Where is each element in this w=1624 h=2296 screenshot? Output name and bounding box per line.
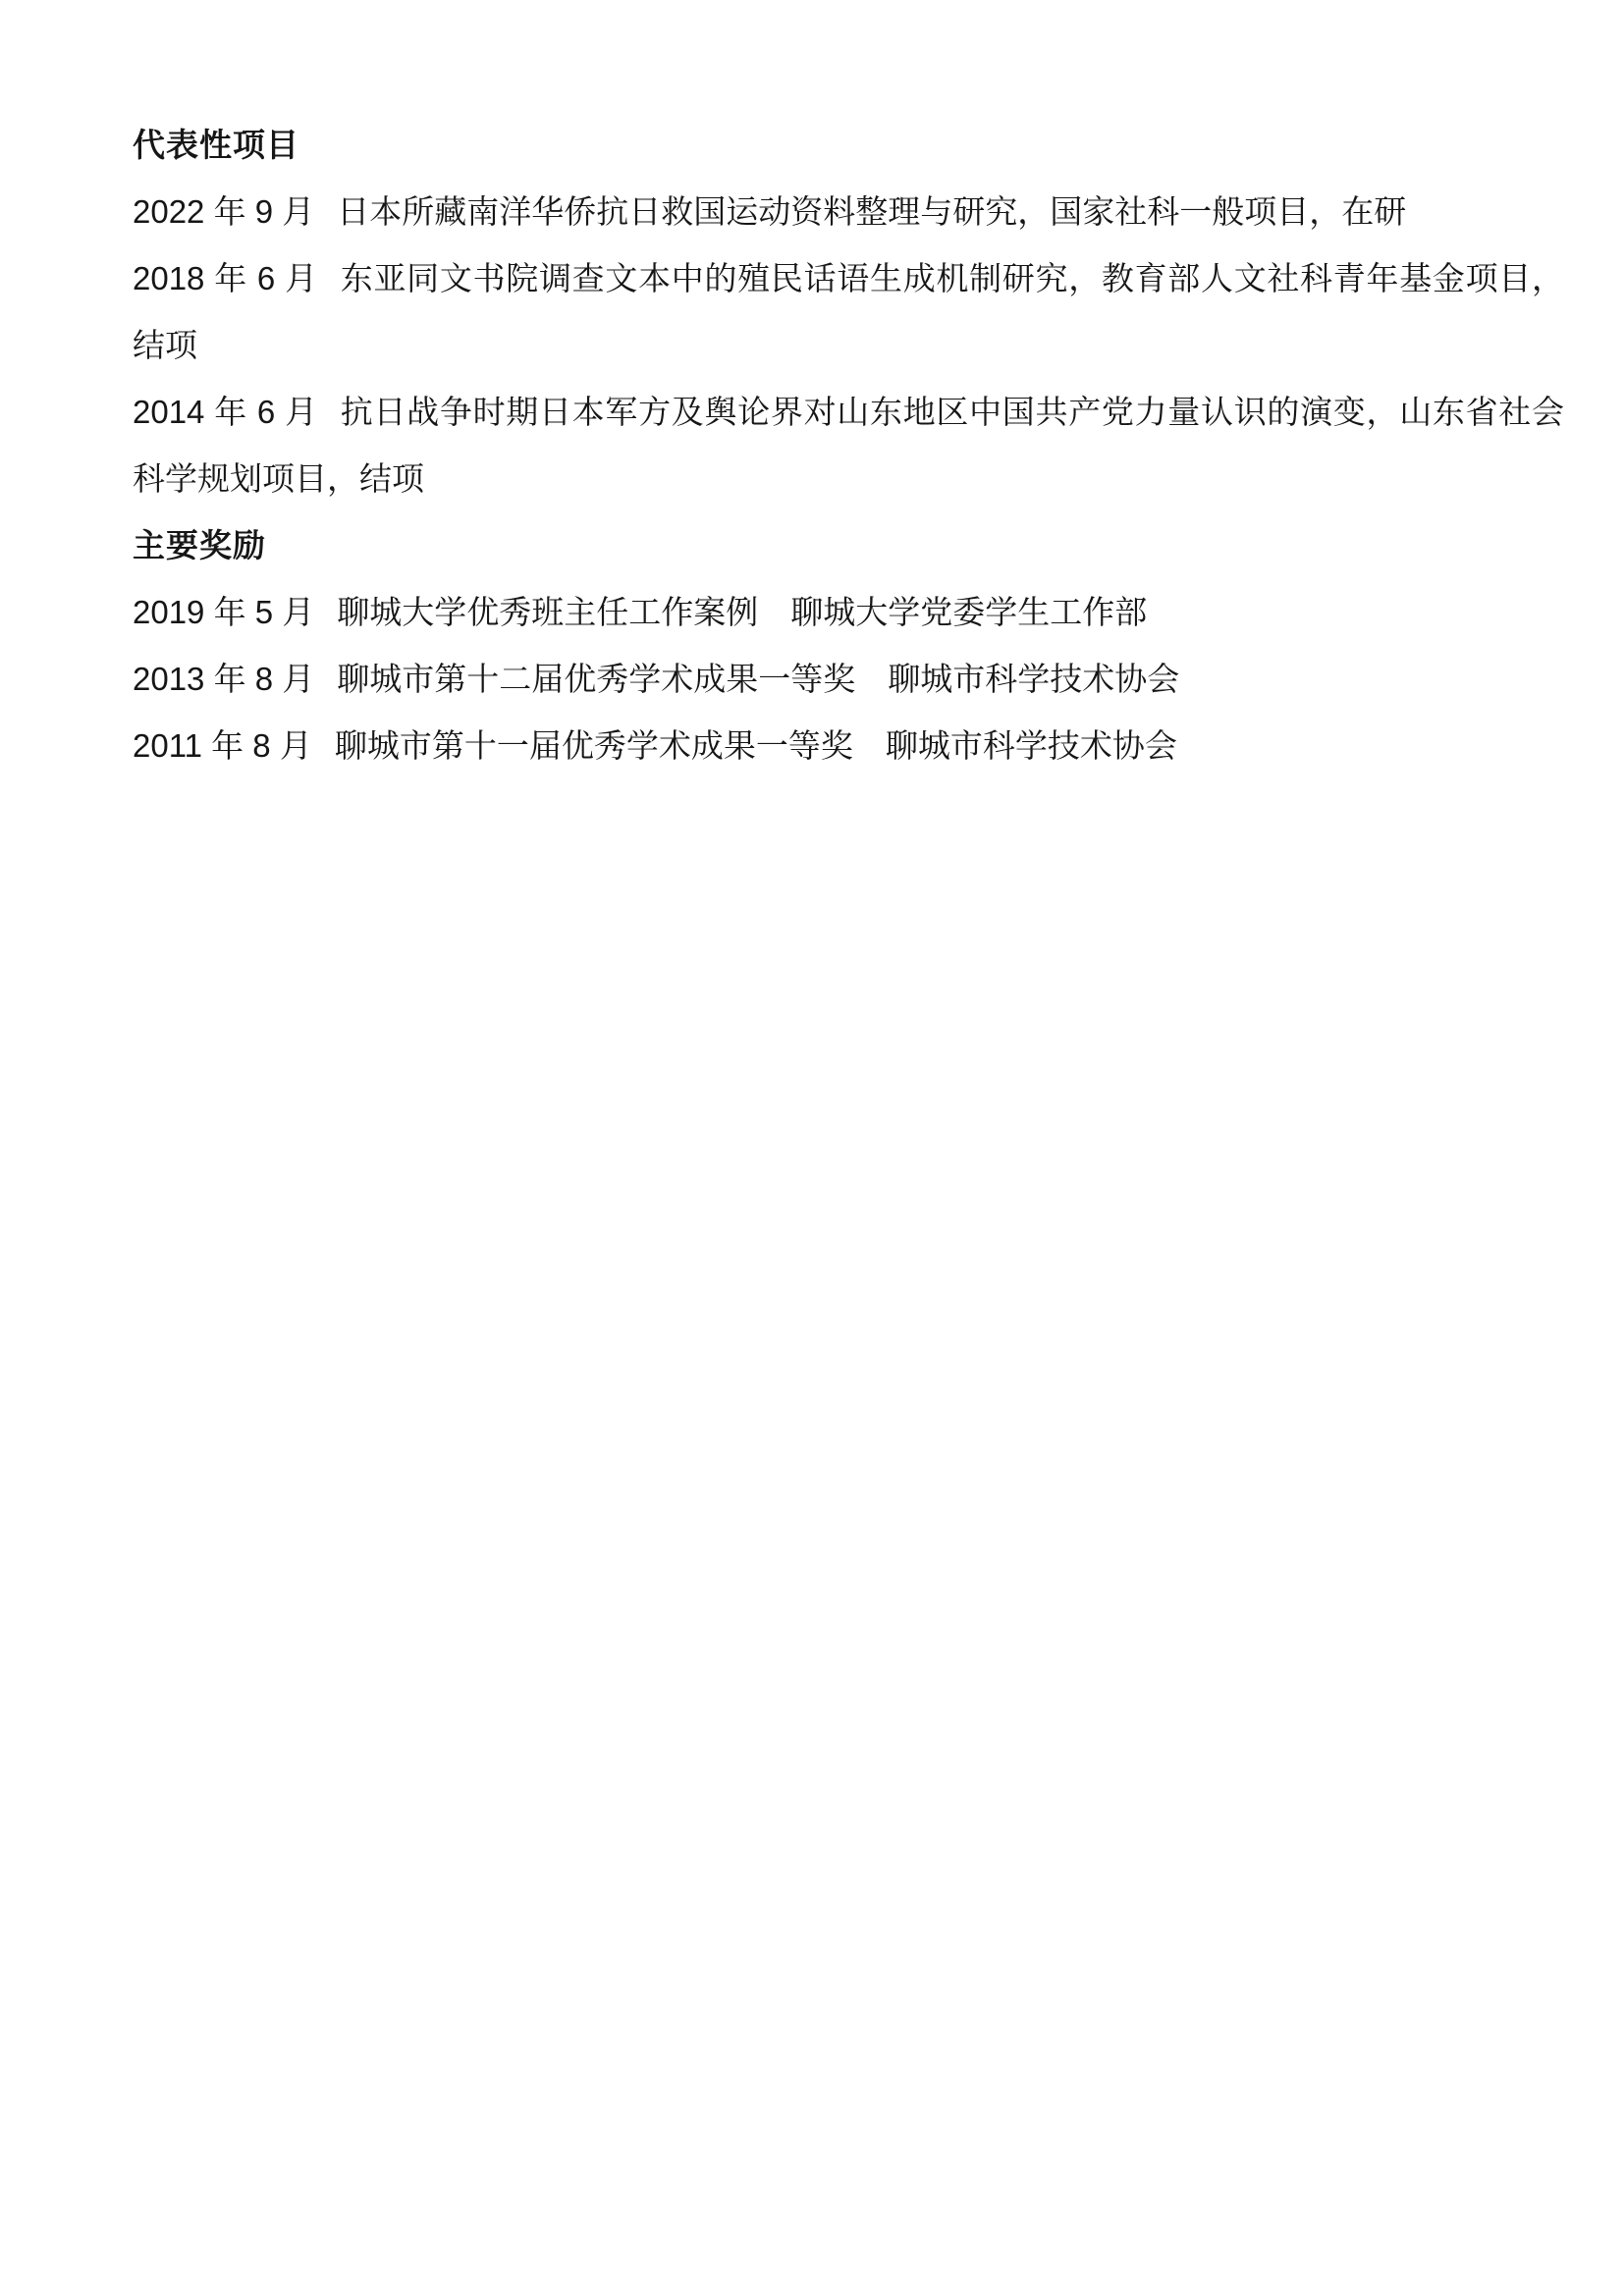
- award-entry-2013: 2013 年 8 月聊城市第十二届优秀学术成果一等奖 聊城市科学技术协会: [133, 646, 1564, 713]
- entry-date: 2011 年 8 月: [133, 727, 312, 764]
- entry-text: 东亚同文书院调查文本中的殖民话语生成机制研究，教育部人文社科青年基金项目，结项: [133, 260, 1564, 363]
- entry-date: 2013 年 8 月: [133, 661, 314, 697]
- entry-text: 聊城市第十二届优秀学术成果一等奖 聊城市科学技术协会: [337, 661, 1179, 697]
- entry-date: 2022 年 9 月: [133, 193, 314, 230]
- project-entry-2018: 2018 年 6 月东亚同文书院调查文本中的殖民话语生成机制研究，教育部人文社科…: [133, 245, 1564, 379]
- project-entry-2022: 2022 年 9 月日本所藏南洋华侨抗日救国运动资料整理与研究，国家社科一般项目…: [133, 179, 1564, 245]
- entry-text: 日本所藏南洋华侨抗日救国运动资料整理与研究，国家社科一般项目，在研: [337, 193, 1406, 230]
- section-major-awards: 主要奖励 2019 年 5 月聊城大学优秀班主任工作案例 聊城大学党委学生工作部…: [133, 512, 1564, 779]
- entry-text: 聊城大学优秀班主任工作案例 聊城大学党委学生工作部: [337, 594, 1147, 630]
- entry-date: 2014 年 6 月: [133, 394, 318, 430]
- award-entry-2011: 2011 年 8 月聊城市第十一届优秀学术成果一等奖 聊城市科学技术协会: [133, 713, 1564, 779]
- section-heading-projects: 代表性项目: [133, 112, 1564, 179]
- document-page: 代表性项目 2022 年 9 月日本所藏南洋华侨抗日救国运动资料整理与研究，国家…: [0, 0, 1624, 2296]
- project-entry-2014: 2014 年 6 月抗日战争时期日本军方及舆论界对山东地区中国共产党力量认识的演…: [133, 379, 1564, 512]
- entry-text: 聊城市第十一届优秀学术成果一等奖 聊城市科学技术协会: [335, 727, 1177, 764]
- entry-date: 2019 年 5 月: [133, 594, 314, 630]
- section-heading-awards: 主要奖励: [133, 512, 1564, 579]
- entry-text: 抗日战争时期日本军方及舆论界对山东地区中国共产党力量认识的演变，山东省社会科学规…: [133, 394, 1564, 497]
- award-entry-2019: 2019 年 5 月聊城大学优秀班主任工作案例 聊城大学党委学生工作部: [133, 579, 1564, 646]
- section-representative-projects: 代表性项目 2022 年 9 月日本所藏南洋华侨抗日救国运动资料整理与研究，国家…: [133, 112, 1564, 512]
- entry-date: 2018 年 6 月: [133, 260, 318, 296]
